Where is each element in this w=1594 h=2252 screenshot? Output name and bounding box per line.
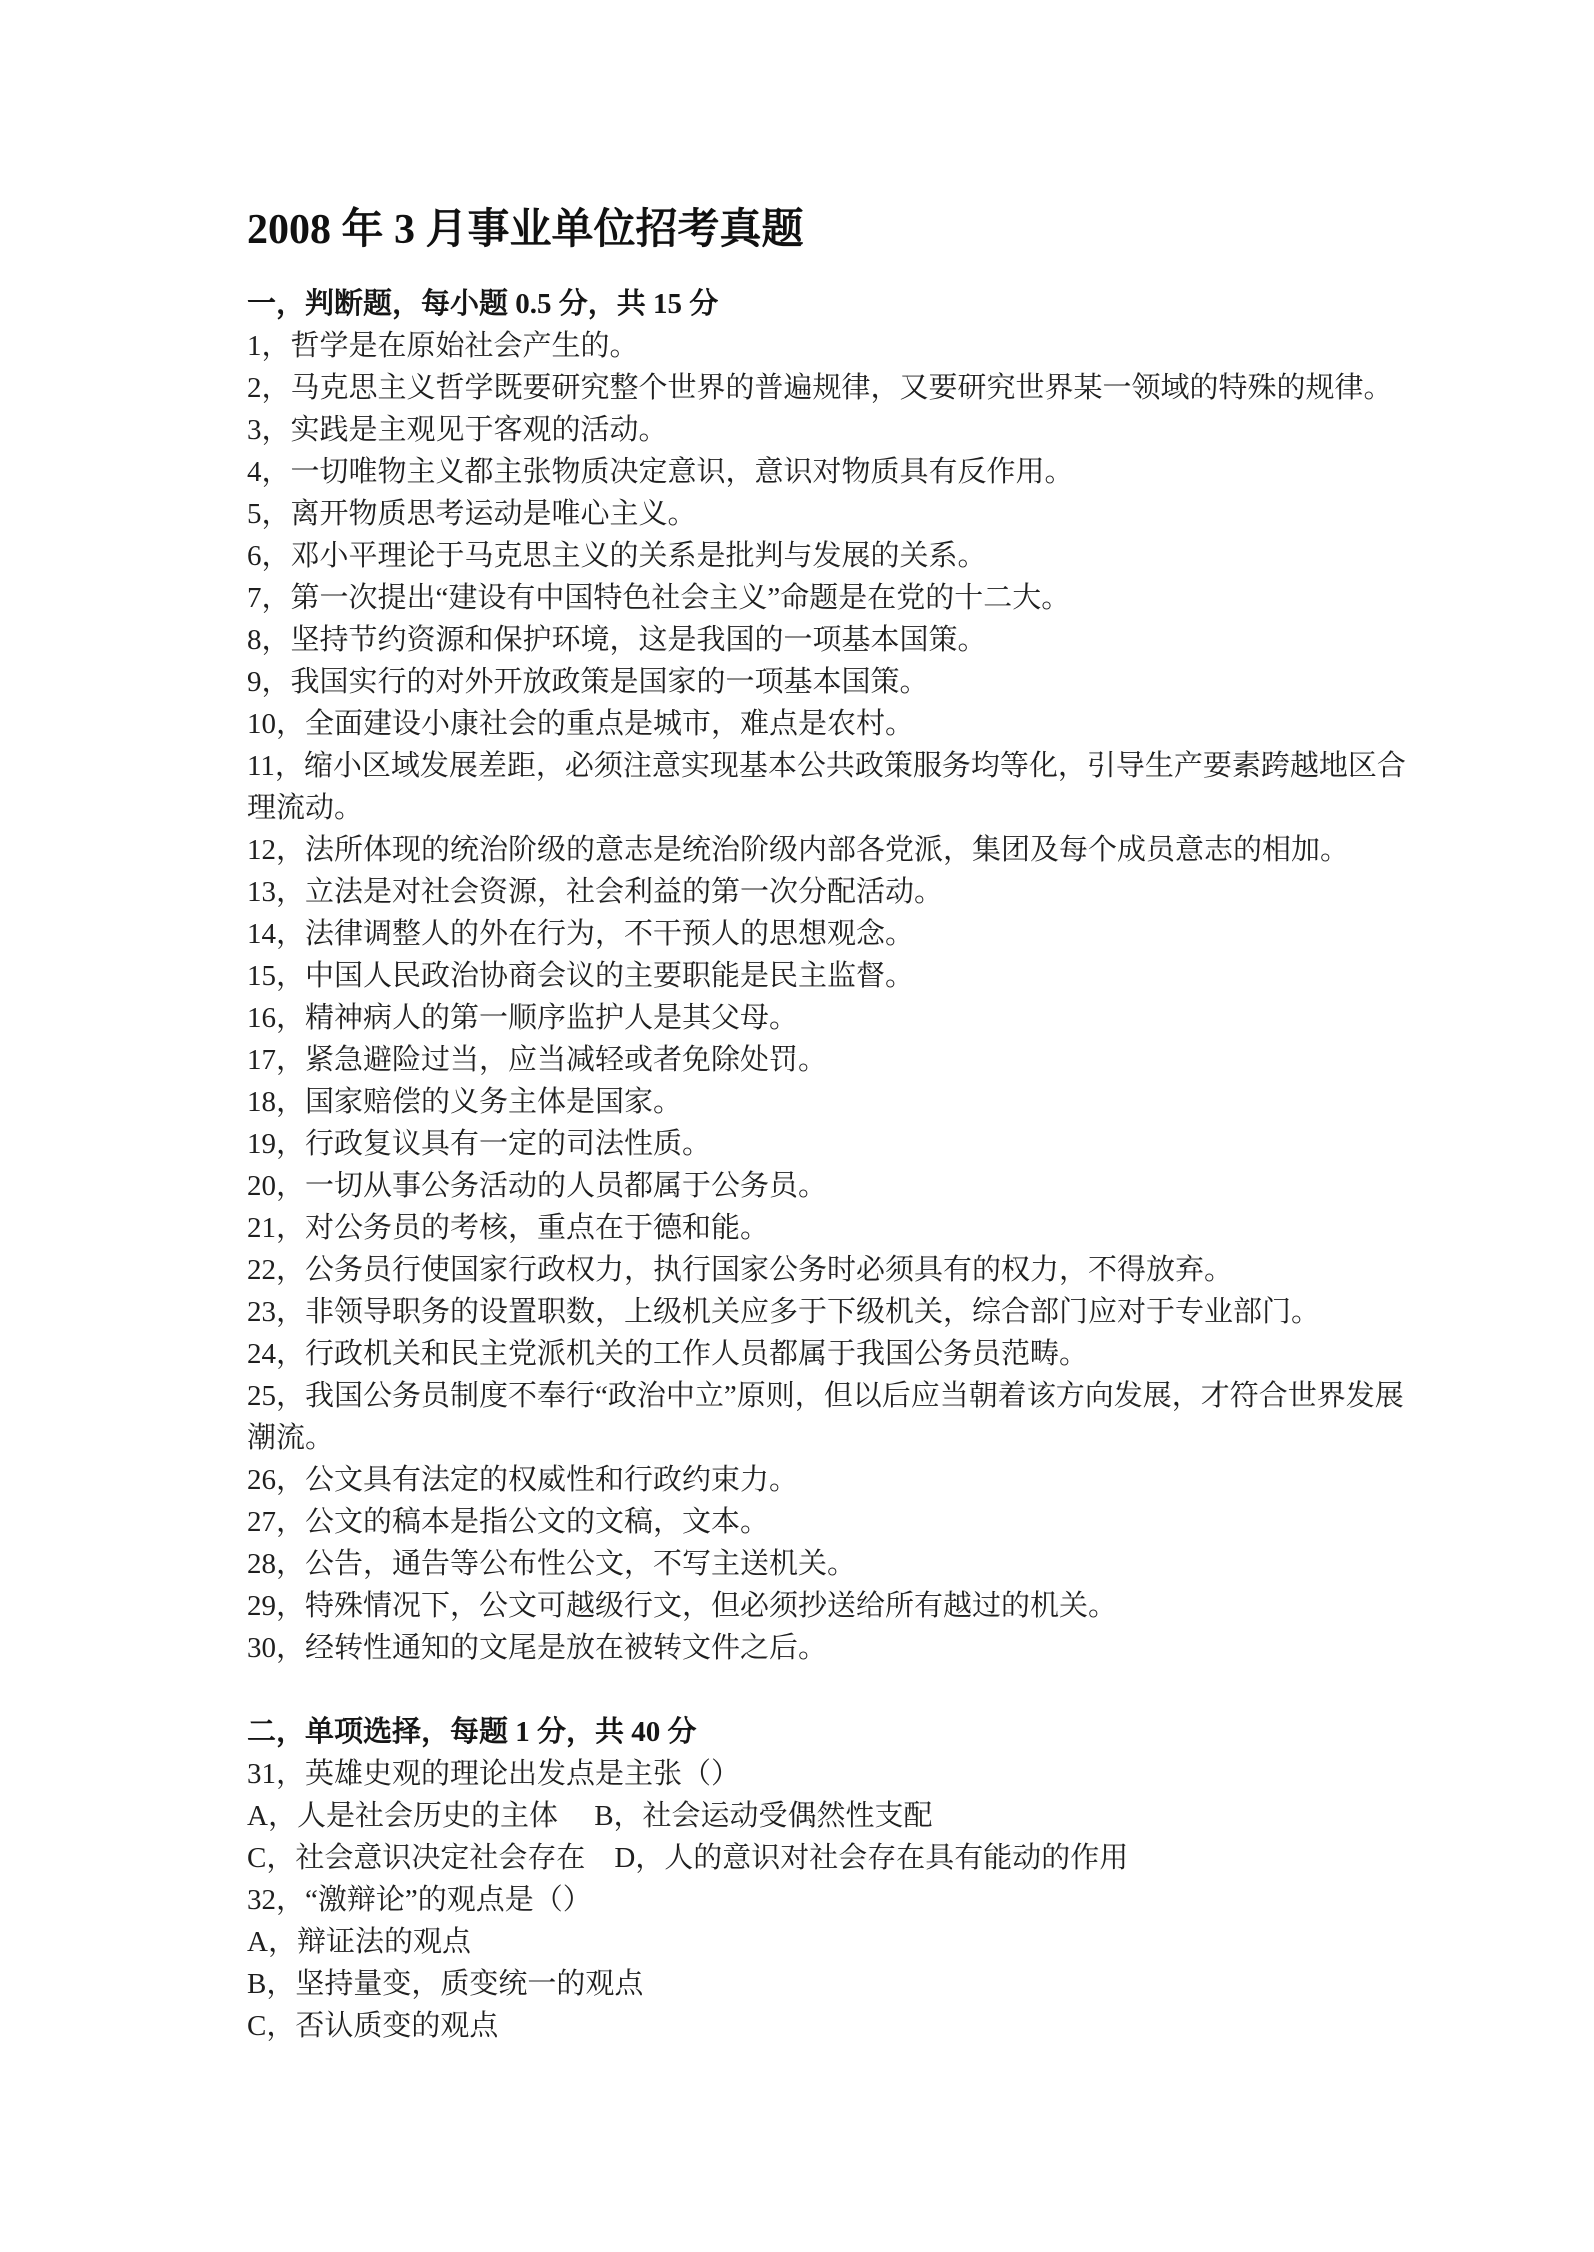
text-line: 3，实践是主观见于客观的活动。 xyxy=(247,409,1421,451)
text-line: 20，一切从事公务活动的人员都属于公务员。 xyxy=(247,1165,1421,1207)
text-line: 22，公务员行使国家行政权力，执行国家公务时必须具有的权力，不得放弃。 xyxy=(247,1249,1421,1291)
text-line: A，人是社会历史的主体 B，社会运动受偶然性支配 xyxy=(247,1795,1421,1837)
section-true-false: 一，判断题，每小题 0.5 分，共 15 分 1，哲学是在原始社会产生的。2，马… xyxy=(247,283,1421,1669)
text-line: 12，法所体现的统治阶级的意志是统治阶级内部各党派，集团及每个成员意志的相加。 xyxy=(247,829,1421,871)
text-line: 23，非领导职务的设置职数，上级机关应多于下级机关，综合部门应对于专业部门。 xyxy=(247,1291,1421,1333)
text-line: 19，行政复议具有一定的司法性质。 xyxy=(247,1123,1421,1165)
text-line: 31，英雄史观的理论出发点是主张（） xyxy=(247,1753,1421,1795)
section-divider-space xyxy=(247,1669,1421,1711)
text-line: 17，紧急避险过当，应当减轻或者免除处罚。 xyxy=(247,1039,1421,1081)
text-line: 15，中国人民政治协商会议的主要职能是民主监督。 xyxy=(247,955,1421,997)
section-true-false-heading: 一，判断题，每小题 0.5 分，共 15 分 xyxy=(247,283,1421,325)
text-line: 13，立法是对社会资源，社会利益的第一次分配活动。 xyxy=(247,871,1421,913)
text-line: 4，一切唯物主义都主张物质决定意识，意识对物质具有反作用。 xyxy=(247,451,1421,493)
text-line: 30，经转性通知的文尾是放在被转文件之后。 xyxy=(247,1627,1421,1669)
text-line: 11，缩小区域发展差距，必须注意实现基本公共政策服务均等化，引导生产要素跨越地区… xyxy=(247,745,1421,829)
text-line: 29，特殊情况下，公文可越级行文，但必须抄送给所有越过的机关。 xyxy=(247,1585,1421,1627)
text-line: 25，我国公务员制度不奉行“政治中立”原则，但以后应当朝着该方向发展，才符合世界… xyxy=(247,1375,1421,1459)
text-line: 32，“激辩论”的观点是（） xyxy=(247,1879,1421,1921)
section-multiple-choice-heading: 二，单项选择，每题 1 分，共 40 分 xyxy=(247,1711,1421,1753)
text-line: A，辩证法的观点 xyxy=(247,1921,1421,1963)
text-line: 16，精神病人的第一顺序监护人是其父母。 xyxy=(247,997,1421,1039)
text-line: 18，国家赔偿的义务主体是国家。 xyxy=(247,1081,1421,1123)
text-line: 8，坚持节约资源和保护环境，这是我国的一项基本国策。 xyxy=(247,619,1421,661)
text-line: 5，离开物质思考运动是唯心主义。 xyxy=(247,493,1421,535)
document-page: 2008 年 3 月事业单位招考真题 一，判断题，每小题 0.5 分，共 15 … xyxy=(247,203,1421,2047)
text-line: 26，公文具有法定的权威性和行政约束力。 xyxy=(247,1459,1421,1501)
text-line: C，社会意识决定社会存在 D，人的意识对社会存在具有能动的作用 xyxy=(247,1837,1421,1879)
text-line: B，坚持量变，质变统一的观点 xyxy=(247,1963,1421,2005)
text-line: 21，对公务员的考核，重点在于德和能。 xyxy=(247,1207,1421,1249)
text-line: 6，邓小平理论于马克思主义的关系是批判与发展的关系。 xyxy=(247,535,1421,577)
section-multiple-choice-questions: 31，英雄史观的理论出发点是主张（）A，人是社会历史的主体 B，社会运动受偶然性… xyxy=(247,1753,1421,2047)
text-line: 10，全面建设小康社会的重点是城市，难点是农村。 xyxy=(247,703,1421,745)
text-line: 1，哲学是在原始社会产生的。 xyxy=(247,325,1421,367)
text-line: 2，马克思主义哲学既要研究整个世界的普遍规律，又要研究世界某一领域的特殊的规律。 xyxy=(247,367,1421,409)
text-line: 27，公文的稿本是指公文的文稿，文本。 xyxy=(247,1501,1421,1543)
text-line: 28，公告，通告等公布性公文，不写主送机关。 xyxy=(247,1543,1421,1585)
section-true-false-questions: 1，哲学是在原始社会产生的。2，马克思主义哲学既要研究整个世界的普遍规律，又要研… xyxy=(247,325,1421,1669)
text-line: 24，行政机关和民主党派机关的工作人员都属于我国公务员范畴。 xyxy=(247,1333,1421,1375)
text-line: 14，法律调整人的外在行为，不干预人的思想观念。 xyxy=(247,913,1421,955)
text-line: C，否认质变的观点 xyxy=(247,2005,1421,2047)
document-title: 2008 年 3 月事业单位招考真题 xyxy=(247,203,1421,257)
text-line: 9，我国实行的对外开放政策是国家的一项基本国策。 xyxy=(247,661,1421,703)
section-multiple-choice: 二，单项选择，每题 1 分，共 40 分 31，英雄史观的理论出发点是主张（）A… xyxy=(247,1711,1421,2047)
text-line: 7，第一次提出“建设有中国特色社会主义”命题是在党的十二大。 xyxy=(247,577,1421,619)
